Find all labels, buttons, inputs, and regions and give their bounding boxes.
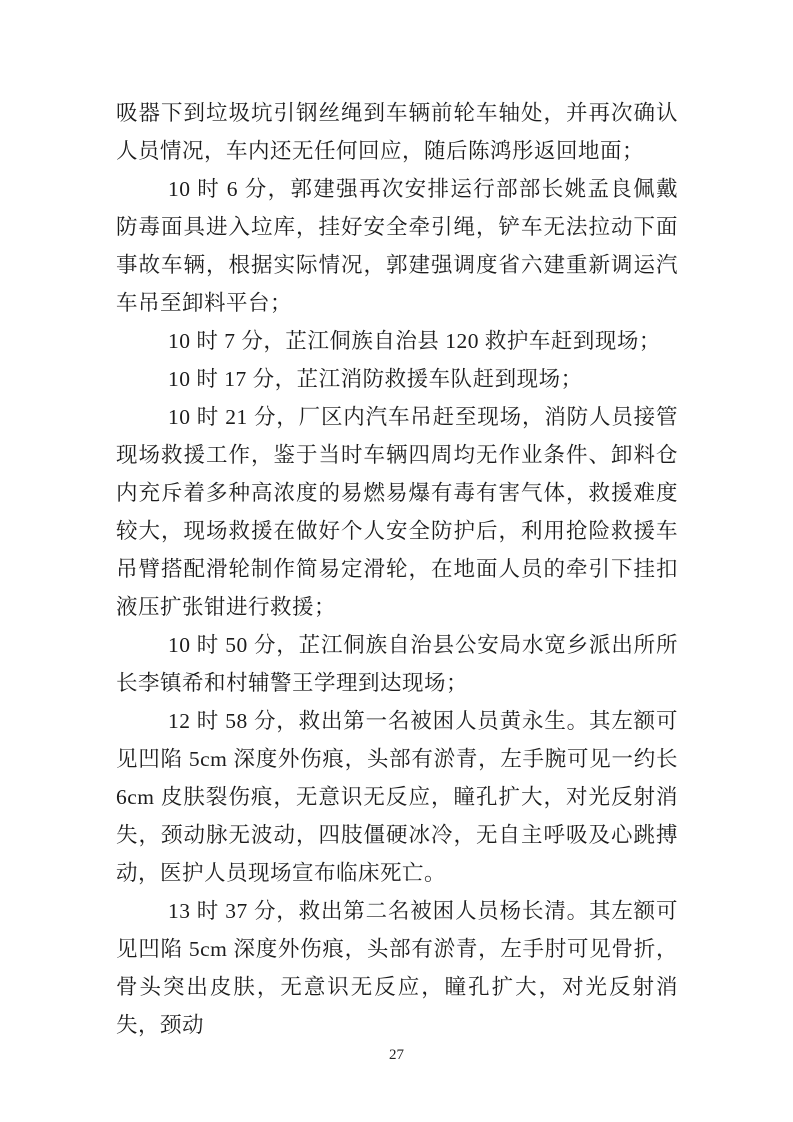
- document-page: 吸器下到垃圾坑引钢丝绳到车辆前轮车轴处，并再次确认人员情况，车内还无任何回应，随…: [0, 0, 793, 1122]
- paragraph-timeline-1258: 12 时 58 分，救出第一名被困人员黄永生。其左额可见凹陷 5cm 深度外伤痕…: [116, 702, 678, 892]
- document-body: 吸器下到垃圾坑引钢丝绳到车辆前轮车轴处，并再次确认人员情况，车内还无任何回应，随…: [116, 94, 678, 1044]
- paragraph-timeline-1007: 10 时 7 分，芷江侗族自治县 120 救护车赶到现场；: [116, 322, 678, 360]
- page-number: 27: [389, 1047, 404, 1063]
- paragraph-continuation: 吸器下到垃圾坑引钢丝绳到车辆前轮车轴处，并再次确认人员情况，车内还无任何回应，随…: [116, 94, 678, 170]
- paragraph-timeline-1006: 10 时 6 分，郭建强再次安排运行部部长姚孟良佩戴防毒面具进入垃库，挂好安全牵…: [116, 170, 678, 322]
- paragraph-timeline-1021: 10 时 21 分，厂区内汽车吊赶至现场，消防人员接管现场救援工作，鉴于当时车辆…: [116, 398, 678, 626]
- paragraph-timeline-1050: 10 时 50 分，芷江侗族自治县公安局水宽乡派出所所长李镇希和村辅警王学理到达…: [116, 626, 678, 702]
- paragraph-timeline-1017: 10 时 17 分，芷江消防救援车队赶到现场；: [116, 360, 678, 398]
- paragraph-timeline-1337: 13 时 37 分，救出第二名被困人员杨长清。其左额可见凹陷 5cm 深度外伤痕…: [116, 892, 678, 1044]
- page-footer: 27: [0, 1047, 793, 1064]
